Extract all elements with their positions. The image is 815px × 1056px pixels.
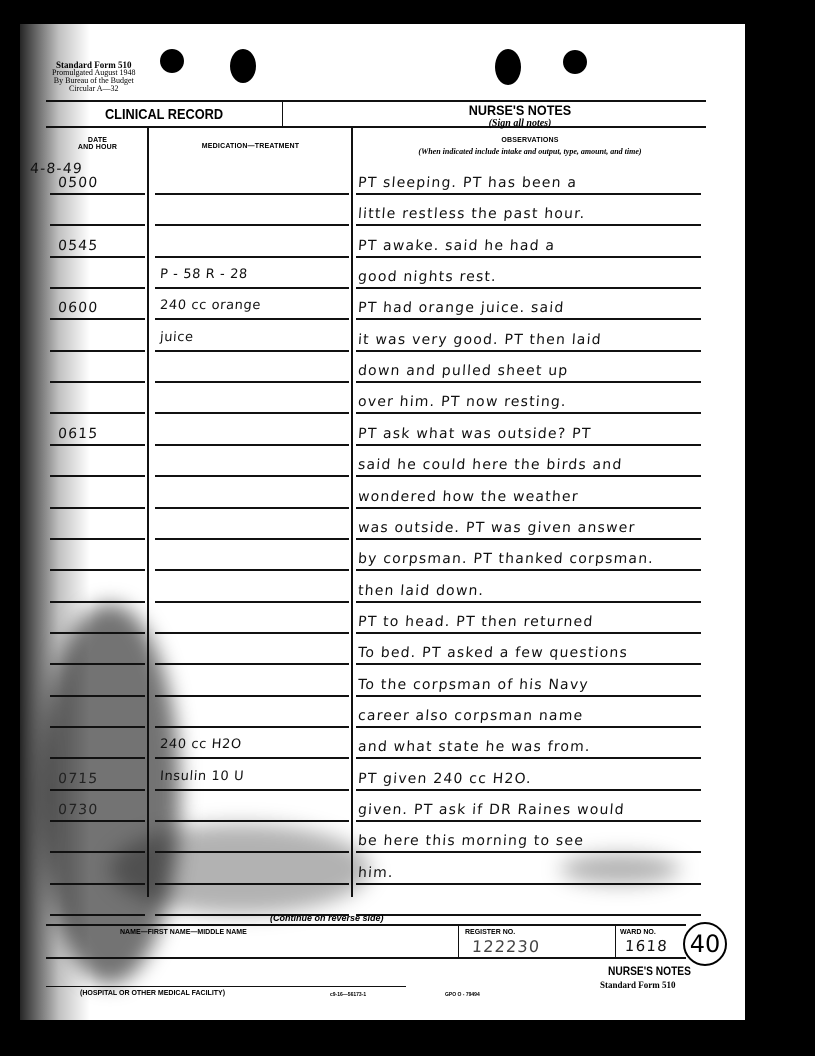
observation-line: PT sleeping. PT has been a <box>357 175 577 191</box>
ruled-line <box>356 287 701 289</box>
ruled-line <box>356 883 701 885</box>
ruled-line <box>356 820 701 822</box>
footer-form-title: NURSE'S NOTES <box>608 964 691 978</box>
punch-hole <box>495 49 521 85</box>
ruled-line <box>155 632 349 634</box>
ruled-line <box>155 444 349 446</box>
entry-time: 0600 <box>57 300 99 316</box>
ruled-line <box>155 601 349 603</box>
ward-value: 1618 <box>624 937 668 955</box>
medication-entry: 240 cc orange <box>159 298 261 313</box>
footer-divider <box>458 925 459 957</box>
ruled-line <box>50 569 145 571</box>
date-label: DATE <box>50 137 145 144</box>
register-label: REGISTER NO. <box>465 929 515 936</box>
ruled-line <box>155 224 349 226</box>
footer-form-number: Standard Form 510 <box>600 980 676 990</box>
entry-time: 0715 <box>57 771 99 787</box>
footer-rule <box>46 924 686 926</box>
observation-line: down and pulled sheet up <box>357 363 569 379</box>
observation-line: PT awake. said he had a <box>357 238 555 254</box>
observation-line: good nights rest. <box>357 269 497 285</box>
ruled-line <box>50 632 145 634</box>
continue-note: (Continue on reverse side) <box>270 913 384 923</box>
clinical-record-title: CLINICAL RECORD <box>64 106 265 123</box>
ruled-line <box>50 914 145 916</box>
ruled-line <box>155 851 349 853</box>
observation-line: was outside. PT was given answer <box>357 520 636 536</box>
ruled-line <box>155 318 349 320</box>
column-divider <box>351 127 353 897</box>
ruled-line <box>50 412 145 414</box>
footer-rule <box>46 986 406 987</box>
ruled-line <box>155 695 349 697</box>
ruled-line <box>356 381 701 383</box>
medication-entry: 240 cc H2O <box>159 737 242 752</box>
ruled-line <box>155 412 349 414</box>
medication-entry: P - 58 R - 28 <box>159 267 248 282</box>
punch-hole <box>160 49 184 73</box>
ruled-line <box>50 757 145 759</box>
ruled-line <box>50 663 145 665</box>
header-divider <box>282 100 283 126</box>
observation-line: PT to head. PT then returned <box>357 614 594 630</box>
observation-line: be here this morning to see <box>357 833 584 849</box>
observation-line: it was very good. PT then laid <box>357 332 602 348</box>
sign-all-notes: (Sign all notes) <box>365 118 675 129</box>
ruled-line <box>356 412 701 414</box>
ruled-line <box>356 726 701 728</box>
entry-time: 0615 <box>57 426 99 442</box>
ruled-line <box>356 757 701 759</box>
entry-time: 0500 <box>57 175 99 191</box>
ruled-line <box>356 350 701 352</box>
ruled-line <box>356 851 701 853</box>
ruled-line <box>155 663 349 665</box>
observation-line: wondered how the weather <box>357 489 579 505</box>
ruled-line <box>155 789 349 791</box>
scan-smudge <box>40 604 180 984</box>
ruled-line <box>155 381 349 383</box>
register-value: 122230 <box>471 937 541 956</box>
ruled-line <box>50 789 145 791</box>
observation-line: little restless the past hour. <box>357 206 586 222</box>
ruled-line <box>155 883 349 885</box>
ruled-line <box>155 350 349 352</box>
facility-label: (HOSPITAL OR OTHER MEDICAL FACILITY) <box>80 990 225 997</box>
ruled-line <box>50 883 145 885</box>
observation-line: To the corpsman of his Navy <box>357 677 589 693</box>
ruled-line <box>50 601 145 603</box>
medication-entry: Insulin 10 U <box>159 769 244 784</box>
ruled-line <box>50 507 145 509</box>
ruled-line <box>50 381 145 383</box>
observation-line: To bed. PT asked a few questions <box>357 645 628 661</box>
nurses-notes-page: Standard Form 510 Promulgated August 194… <box>20 24 745 1020</box>
punch-hole <box>230 49 256 83</box>
ruled-line <box>356 632 701 634</box>
observation-line: PT had orange juice. said <box>357 300 565 316</box>
ruled-line <box>356 914 701 916</box>
ruled-line <box>155 287 349 289</box>
ruled-line <box>50 726 145 728</box>
ruled-line <box>155 507 349 509</box>
name-label: NAME—FIRST NAME—MIDDLE NAME <box>120 929 247 936</box>
observation-line: and what state he was from. <box>357 739 591 755</box>
ruled-line <box>155 256 349 258</box>
scan-smudge <box>560 854 680 884</box>
ruled-line <box>50 851 145 853</box>
gpo-code: GPO O - 79494 <box>445 992 480 998</box>
scan-smudge <box>110 824 370 914</box>
form-info: Standard Form 510 Promulgated August 194… <box>52 61 136 93</box>
footer-divider <box>615 925 616 957</box>
ruled-line <box>356 224 701 226</box>
hour-label: AND HOUR <box>50 144 145 151</box>
ruled-line <box>50 820 145 822</box>
circled-page-number: 40 <box>683 922 727 966</box>
ruled-line <box>356 538 701 540</box>
ruled-line <box>356 507 701 509</box>
ruled-line <box>155 193 349 195</box>
column-divider <box>147 127 149 897</box>
ruled-line <box>356 601 701 603</box>
ruled-line <box>50 475 145 477</box>
observation-line: him. <box>357 865 394 881</box>
observation-line: over him. PT now resting. <box>357 394 567 410</box>
ruled-line <box>50 318 145 320</box>
ruled-line <box>356 193 701 195</box>
observation-line: given. PT ask if DR Raines would <box>357 802 625 818</box>
nurses-notes-title: NURSE'S NOTES <box>381 102 660 118</box>
punch-hole <box>563 50 587 74</box>
observation-line: by corpsman. PT thanked corpsman. <box>357 551 654 567</box>
medication-header: MEDICATION—TREATMENT <box>148 143 353 150</box>
observations-note: (When indicated include intake and outpu… <box>355 147 705 156</box>
ruled-line <box>50 193 145 195</box>
ruled-line <box>155 726 349 728</box>
ruled-line <box>356 444 701 446</box>
ruled-line <box>356 695 701 697</box>
observation-line: career also corpsman name <box>357 708 584 724</box>
ruled-line <box>356 318 701 320</box>
entry-time: 0545 <box>57 238 99 254</box>
observation-line: PT ask what was outside? PT <box>357 426 592 442</box>
footer-rule <box>46 957 686 959</box>
ruled-line <box>50 350 145 352</box>
ruled-line <box>50 695 145 697</box>
ruled-line <box>50 287 145 289</box>
ruled-line <box>155 475 349 477</box>
date-hour-header: DATE AND HOUR <box>50 137 145 151</box>
print-code: c9-16—56173-1 <box>330 992 366 998</box>
ward-label: WARD NO. <box>620 929 656 936</box>
entry-time: 0730 <box>57 802 99 818</box>
observation-line: said he could here the birds and <box>357 457 623 473</box>
ruled-line <box>50 224 145 226</box>
form-circular: Circular A—32 <box>52 85 136 93</box>
ruled-line <box>155 757 349 759</box>
ruled-line <box>356 663 701 665</box>
ruled-line <box>356 256 701 258</box>
ruled-line <box>356 475 701 477</box>
ruled-line <box>356 789 701 791</box>
ruled-line <box>155 538 349 540</box>
ruled-line <box>155 569 349 571</box>
ruled-line <box>50 256 145 258</box>
ruled-line <box>50 444 145 446</box>
ruled-line <box>356 569 701 571</box>
observation-line: then laid down. <box>357 583 484 599</box>
medication-entry: juice <box>159 330 194 345</box>
observations-header: OBSERVATIONS <box>355 137 705 144</box>
ruled-line <box>155 820 349 822</box>
ruled-line <box>50 538 145 540</box>
observation-line: PT given 240 cc H2O. <box>357 771 532 787</box>
